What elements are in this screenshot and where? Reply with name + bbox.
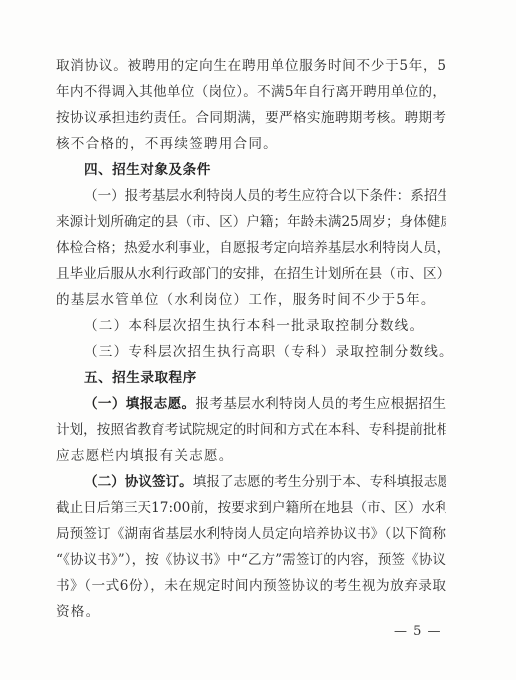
section-heading-5: 五、招生录取程序 [56,365,446,391]
paragraph-line: （二）本科层次招生执行本科一批录取控制分数线。 [56,313,446,339]
paragraph-line: 体检合格；热爱水利事业，自愿报考定向培养基层水利特岗人员， [56,235,446,261]
document-page: 取消协议。被聘用的定向生在聘用单位服务时间不少于5年，5 年内不得调入其他单位（… [56,53,446,625]
paragraph-line: 取消协议。被聘用的定向生在聘用单位服务时间不少于5年，5 [56,53,446,79]
paragraph-line: （一）填报志愿。报考基层水利特岗人员的考生应根据招生 [56,391,446,417]
paragraph-line: 且毕业后服从水利行政部门的安排，在招生计划所在县（市、区） [56,261,446,287]
paragraph-line: 年内不得调入其他单位（岗位）。不满5年自行离开聘用单位的， [56,79,446,105]
paragraph-line: （三）专科层次招生执行高职（专科）录取控制分数线。 [56,339,446,365]
paragraph-line: 按协议承担违约责任。合同期满，要严格实施聘期考核。聘期考 [56,105,446,131]
page-number: — 5 — [394,624,442,639]
paragraph-text: 报考基层水利特岗人员的考生应根据招生 [196,396,447,412]
paragraph-line: 计划，按照省教育考试院规定的时间和方式在本科、专科提前批相 [56,417,446,443]
paragraph-line: 应志愿栏内填报有关志愿。 [56,443,446,469]
paragraph-line: 资格。 [56,599,446,625]
paragraph-line: （二）协议签订。填报了志愿的考生分别于本、专科填报志愿 [56,469,446,495]
section-heading-4: 四、招生对象及条件 [56,157,446,183]
paragraph-line: “《协议书》”），按《协议书》中“乙方”需签订的内容，预签《协议 [56,547,446,573]
paragraph-line: 的基层水管单位（水利岗位）工作，服务时间不少于5年。 [56,287,446,313]
subsection-lead-fill-application: （一）填报志愿。 [84,396,196,412]
paragraph-line: 来源计划所确定的县（市、区）户籍；年龄未满25周岁；身体健康， [56,209,446,235]
paragraph-line: 核不合格的，不再续签聘用合同。 [56,131,446,157]
paragraph-line: 书》（一式6份），未在规定时间内预签协议的考生视为放弃录取 [56,573,446,599]
paragraph-line: 截止日后第三天17:00前，按要求到户籍所在地县（市、区）水利 [56,495,446,521]
paragraph-line: （一）报考基层水利特岗人员的考生应符合以下条件：系招生 [56,183,446,209]
paragraph-line: 局预签订《湖南省基层水利特岗人员定向培养协议书》（以下简称 [56,521,446,547]
paragraph-text: 填报了志愿的考生分别于本、专科填报志愿 [193,474,446,490]
subsection-lead-agreement-signing: （二）协议签订。 [84,474,193,490]
